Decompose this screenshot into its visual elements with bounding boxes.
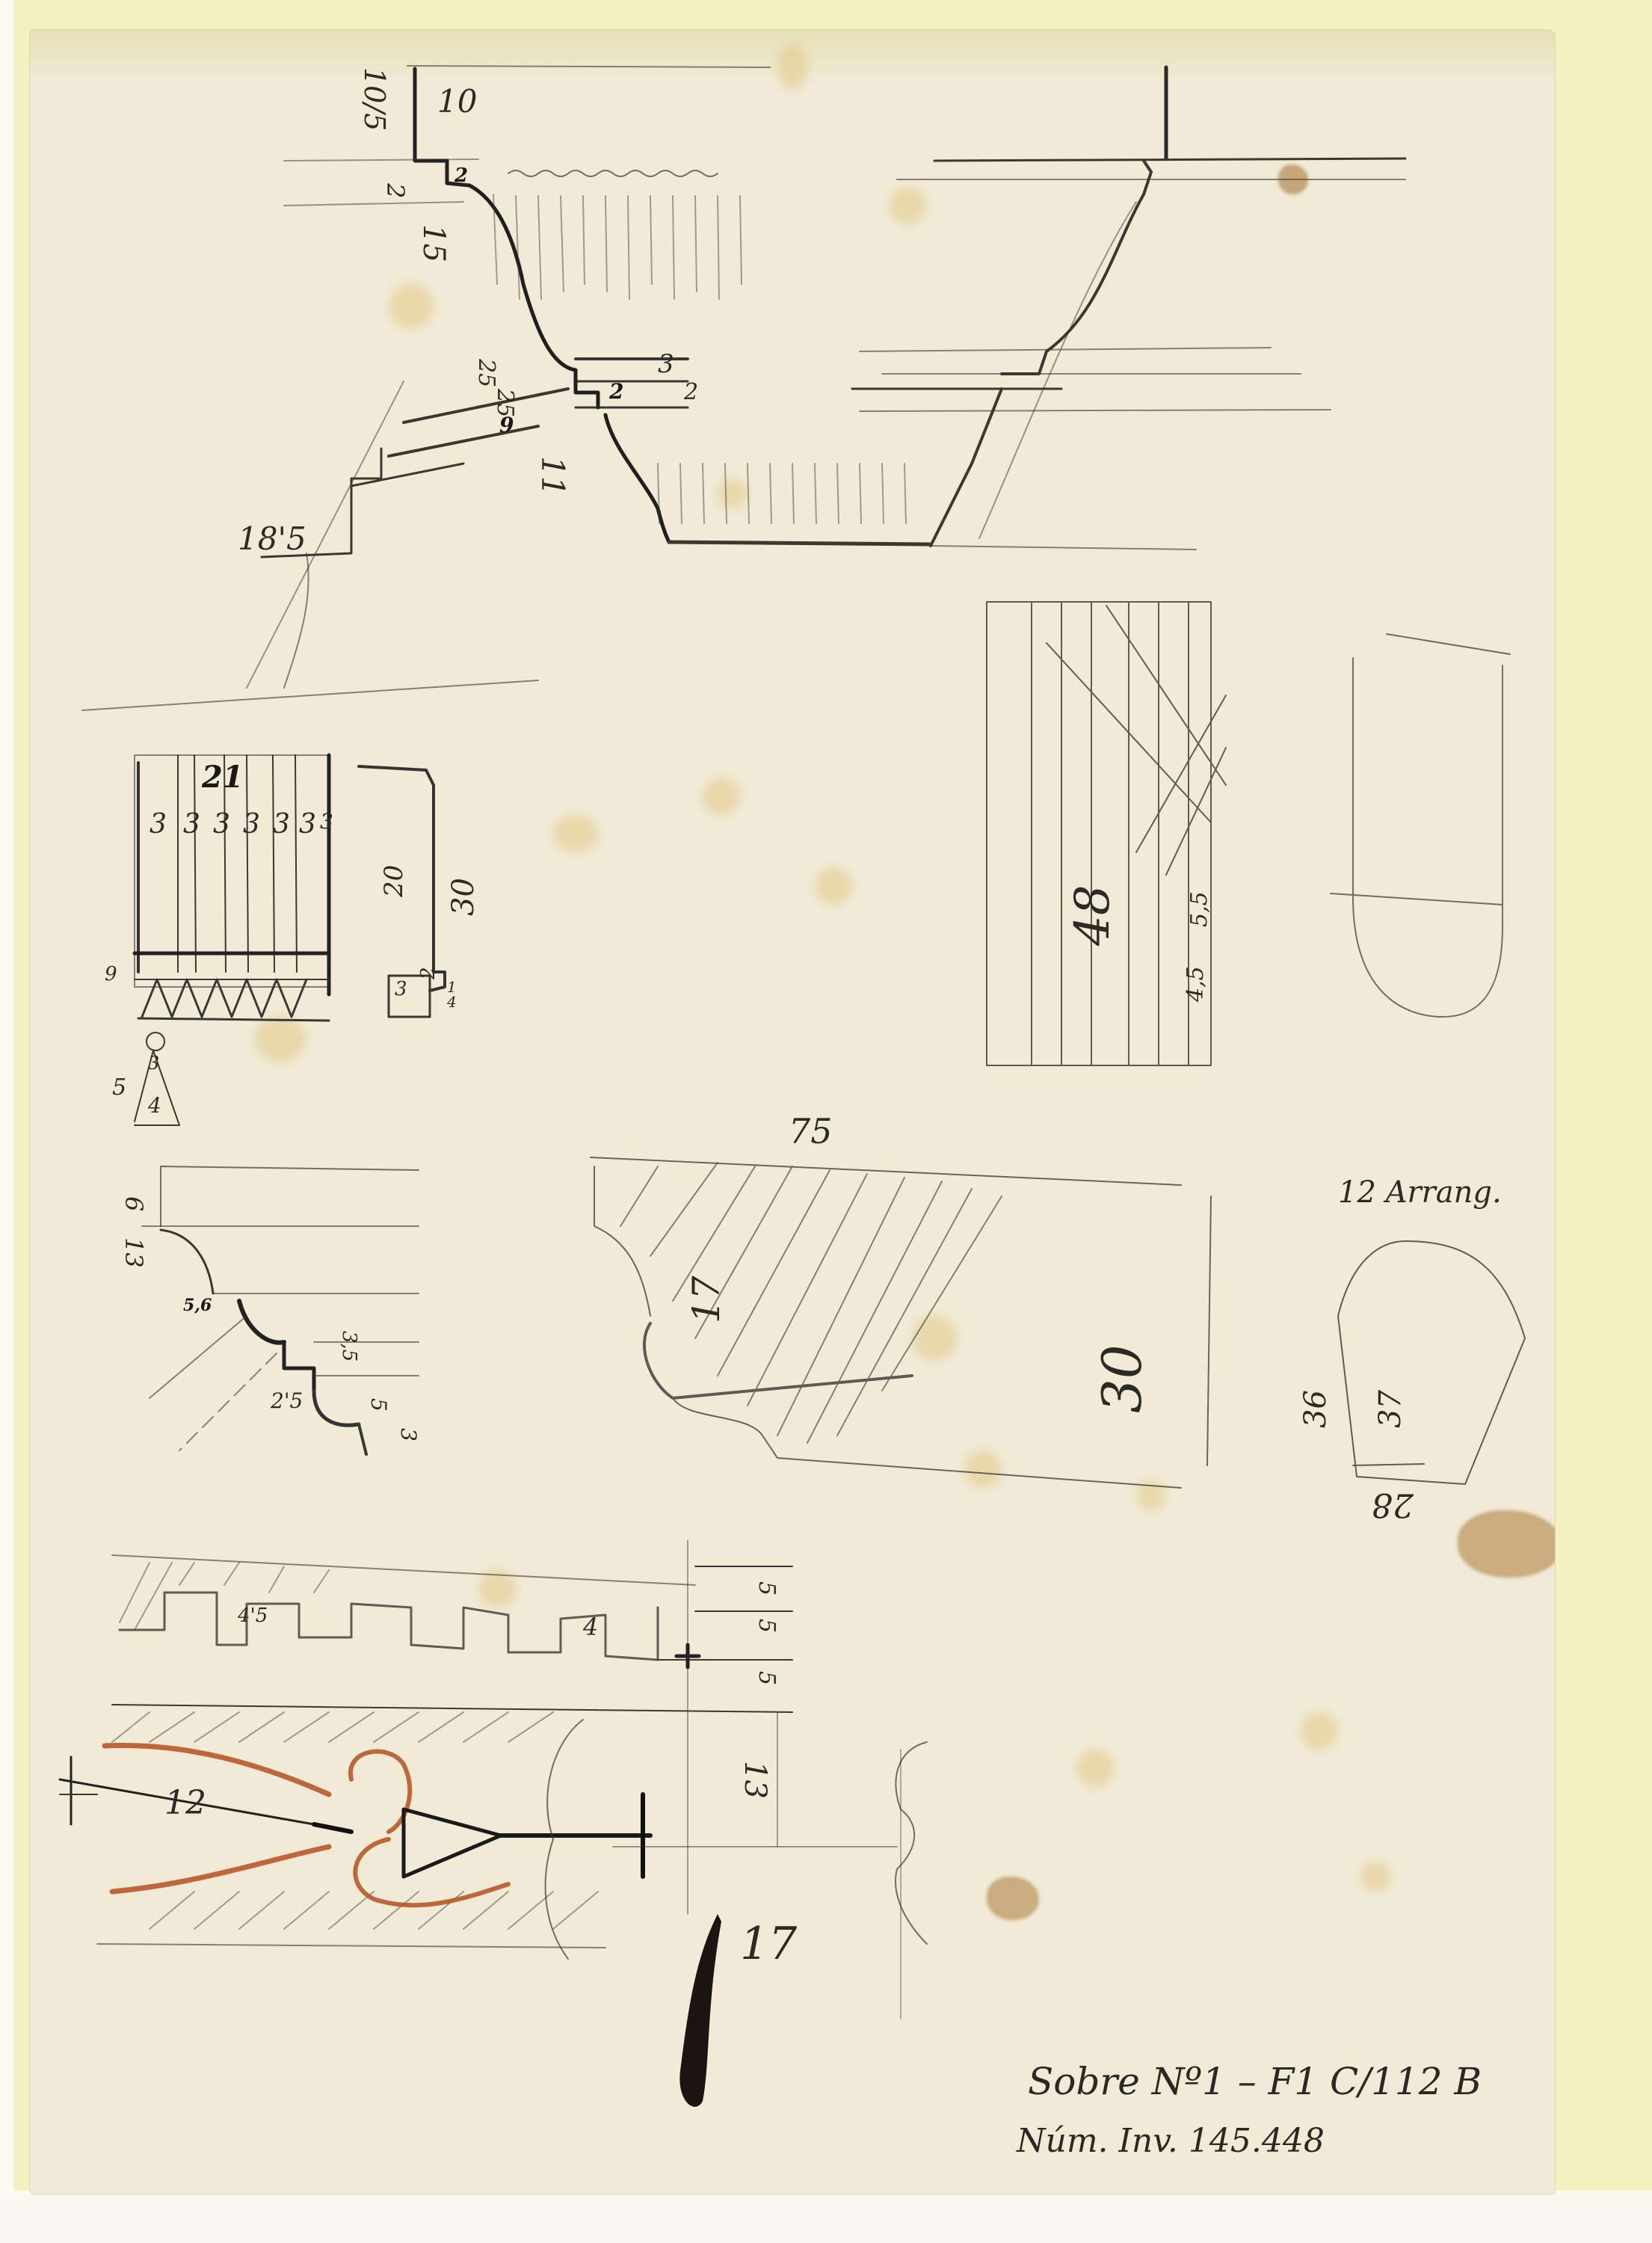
dim-label: 4'5 bbox=[238, 1606, 268, 1625]
dim-label: 5 bbox=[755, 1581, 777, 1596]
dim-label: 3 bbox=[243, 811, 260, 838]
dim-label: 9 bbox=[105, 964, 117, 984]
rounded-block-sketch bbox=[1331, 634, 1510, 1017]
dim-label: 10 bbox=[437, 86, 477, 117]
dim-label: 17 bbox=[688, 1276, 725, 1323]
dim-label: 13 bbox=[740, 1761, 770, 1799]
catalog-inventory-number: Núm. Inv. 145.448 bbox=[1017, 2122, 1325, 2160]
dim-label: 3 bbox=[320, 811, 333, 832]
dim-label: 2 bbox=[419, 967, 438, 979]
dim-label: 5,6 bbox=[183, 1297, 212, 1314]
dim-label: 3,5 bbox=[339, 1331, 359, 1362]
dim-label: 3 bbox=[150, 811, 167, 838]
dim-label: 10/5 bbox=[360, 67, 389, 131]
dim-label: 3 bbox=[148, 1054, 159, 1072]
cornice-section-sketch bbox=[591, 1157, 1211, 1488]
dim-label: 3 bbox=[183, 811, 200, 838]
dim-label: 4,5 bbox=[1185, 966, 1207, 1002]
dim-label: 15 bbox=[419, 224, 449, 262]
dim-label: 30 bbox=[449, 878, 478, 916]
dim-label: 18'5 bbox=[238, 523, 306, 555]
dim-label: 5 bbox=[755, 1671, 777, 1685]
dim-label: 2 bbox=[684, 381, 698, 404]
dim-label: 5 bbox=[112, 1077, 126, 1099]
dim-label: 1 bbox=[447, 979, 457, 994]
dim-label: 3 bbox=[658, 351, 674, 377]
dim-label: 6 bbox=[122, 1196, 146, 1211]
dim-label: 25 bbox=[475, 359, 497, 387]
dim-label: 48 bbox=[1069, 885, 1117, 946]
ink-blot bbox=[679, 1914, 721, 2107]
dim-label: 75 bbox=[789, 1114, 833, 1148]
capital-profile-right bbox=[852, 67, 1405, 550]
dim-label: 12 Arrang. bbox=[1338, 1178, 1502, 1207]
dim-label: 11 bbox=[537, 456, 568, 496]
bell-capital-sketch bbox=[1338, 1241, 1525, 1484]
capital-profile-sketch bbox=[82, 66, 931, 710]
dim-label: 2'5 bbox=[271, 1391, 303, 1412]
dim-label: 13 bbox=[122, 1237, 146, 1268]
dim-label: 12 bbox=[164, 1787, 206, 1820]
dim-label: 4 bbox=[447, 994, 457, 1009]
dim-label: 3 bbox=[213, 811, 230, 838]
dim-label: 3 bbox=[398, 1428, 419, 1442]
dim-label: 4 bbox=[583, 1615, 598, 1639]
dim-label: 21 bbox=[202, 763, 244, 793]
dim-label: 2 bbox=[609, 381, 623, 402]
catalog-envelope-number: Sobre Nº1 – F1 C/112 B bbox=[1028, 2060, 1482, 2103]
dim-label: 17 bbox=[740, 1922, 797, 1966]
dim-label: 3 bbox=[395, 979, 407, 999]
dim-label: 2 bbox=[454, 166, 468, 185]
dim-label: 4 bbox=[148, 1095, 161, 1116]
dim-label: 37 bbox=[1375, 1390, 1405, 1428]
anthemion-sketch bbox=[60, 1712, 927, 2019]
dim-label: 28 bbox=[1372, 1488, 1414, 1521]
dim-label: 5,5 bbox=[1189, 891, 1211, 927]
dim-label: 9 bbox=[499, 415, 514, 436]
dim-label: 5 bbox=[368, 1398, 389, 1412]
dim-label: 36 bbox=[1301, 1390, 1331, 1428]
dim-label: 30 bbox=[1095, 1344, 1149, 1413]
dim-label: 3 bbox=[299, 811, 316, 838]
dim-label: 20 bbox=[381, 865, 407, 897]
dim-label: 2 bbox=[383, 183, 407, 198]
dim-label: 3 bbox=[273, 811, 290, 838]
dim-label: 5 bbox=[755, 1619, 777, 1633]
